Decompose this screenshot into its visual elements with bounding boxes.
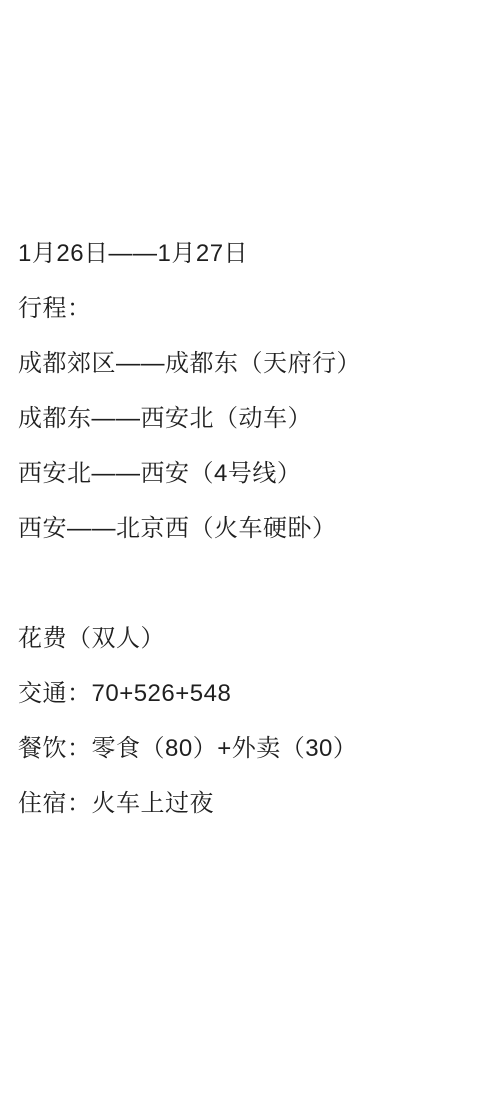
itinerary-header: 行程： xyxy=(18,281,486,336)
itinerary-leg: 西安北——西安（4号线） xyxy=(18,446,486,501)
expense-item-lodging: 住宿：火车上过夜 xyxy=(18,776,486,831)
blank-line xyxy=(18,556,486,611)
expense-item-transport: 交通：70+526+548 xyxy=(18,666,486,721)
expenses-header: 花费（双人） xyxy=(18,611,486,666)
travel-note-page: 1月26日——1月27日 行程： 成都郊区——成都东（天府行） 成都东——西安北… xyxy=(0,0,500,1097)
expense-item-food: 餐饮：零食（80）+外卖（30） xyxy=(18,721,486,776)
itinerary-leg: 成都东——西安北（动车） xyxy=(18,391,486,446)
itinerary-leg: 成都郊区——成都东（天府行） xyxy=(18,336,486,391)
date-range-line: 1月26日——1月27日 xyxy=(18,226,486,281)
itinerary-leg: 西安——北京西（火车硬卧） xyxy=(18,501,486,556)
